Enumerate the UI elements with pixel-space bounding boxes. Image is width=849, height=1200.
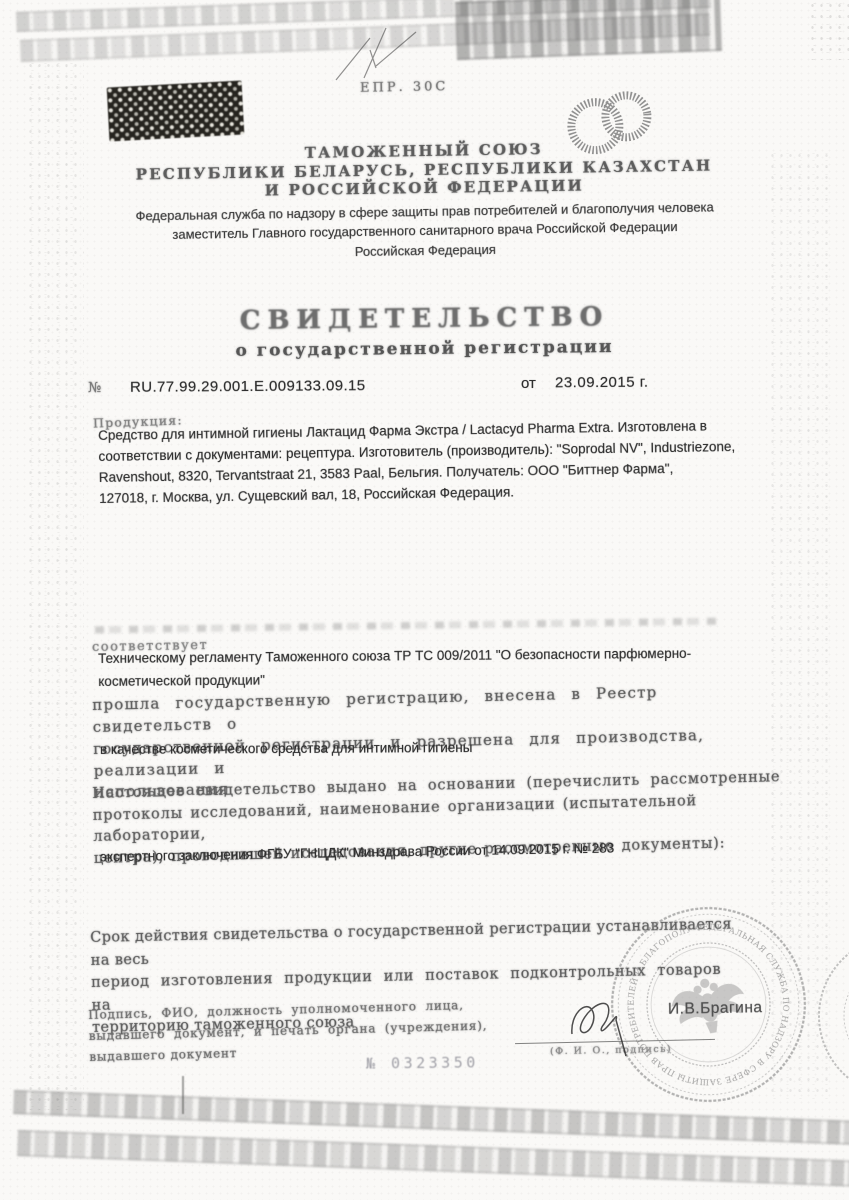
usage-statement: в качестве косметического средства для и… xyxy=(100,740,473,757)
faint-scribble-line xyxy=(95,618,720,634)
product-description: Средство для интимной гигиены Лактацид Ф… xyxy=(98,414,777,509)
pencil-note: ЕПР. 30С xyxy=(360,79,449,96)
top-right-corner-smudge xyxy=(808,0,849,60)
signer-name: И.В.Брагина xyxy=(668,999,763,1019)
top-border-ornament-dark-segment xyxy=(455,0,722,60)
signature-caption: Подпись, ФИО, должность уполномоченного … xyxy=(88,995,490,1068)
certificate-title: СВИДЕТЕЛЬСТВО xyxy=(0,300,849,339)
document-header: ТАМОЖЕННЫЙ СОЮЗ РЕСПУБЛИКИ БЕЛАРУСЬ, РЕС… xyxy=(39,136,810,266)
registration-number: RU.77.99.29.001.Е.009133.09.15 xyxy=(130,377,366,396)
registration-date-label: от xyxy=(521,375,536,392)
top-left-pattern-stamp xyxy=(107,81,245,142)
bottom-left-border-tick xyxy=(182,1076,184,1114)
certificate-page: ЕПР. 30С ТАМОЖЕННЫЙ СОЮЗ РЕСПУБЛИКИ БЕЛА… xyxy=(0,0,849,1200)
handwritten-signature xyxy=(566,990,666,1060)
pencil-marks xyxy=(330,22,460,84)
certificate-subtitle: о государственной регистрации xyxy=(0,335,849,364)
registration-date: 23.09.2015 г. xyxy=(555,374,649,392)
registration-number-label: № xyxy=(88,380,101,396)
